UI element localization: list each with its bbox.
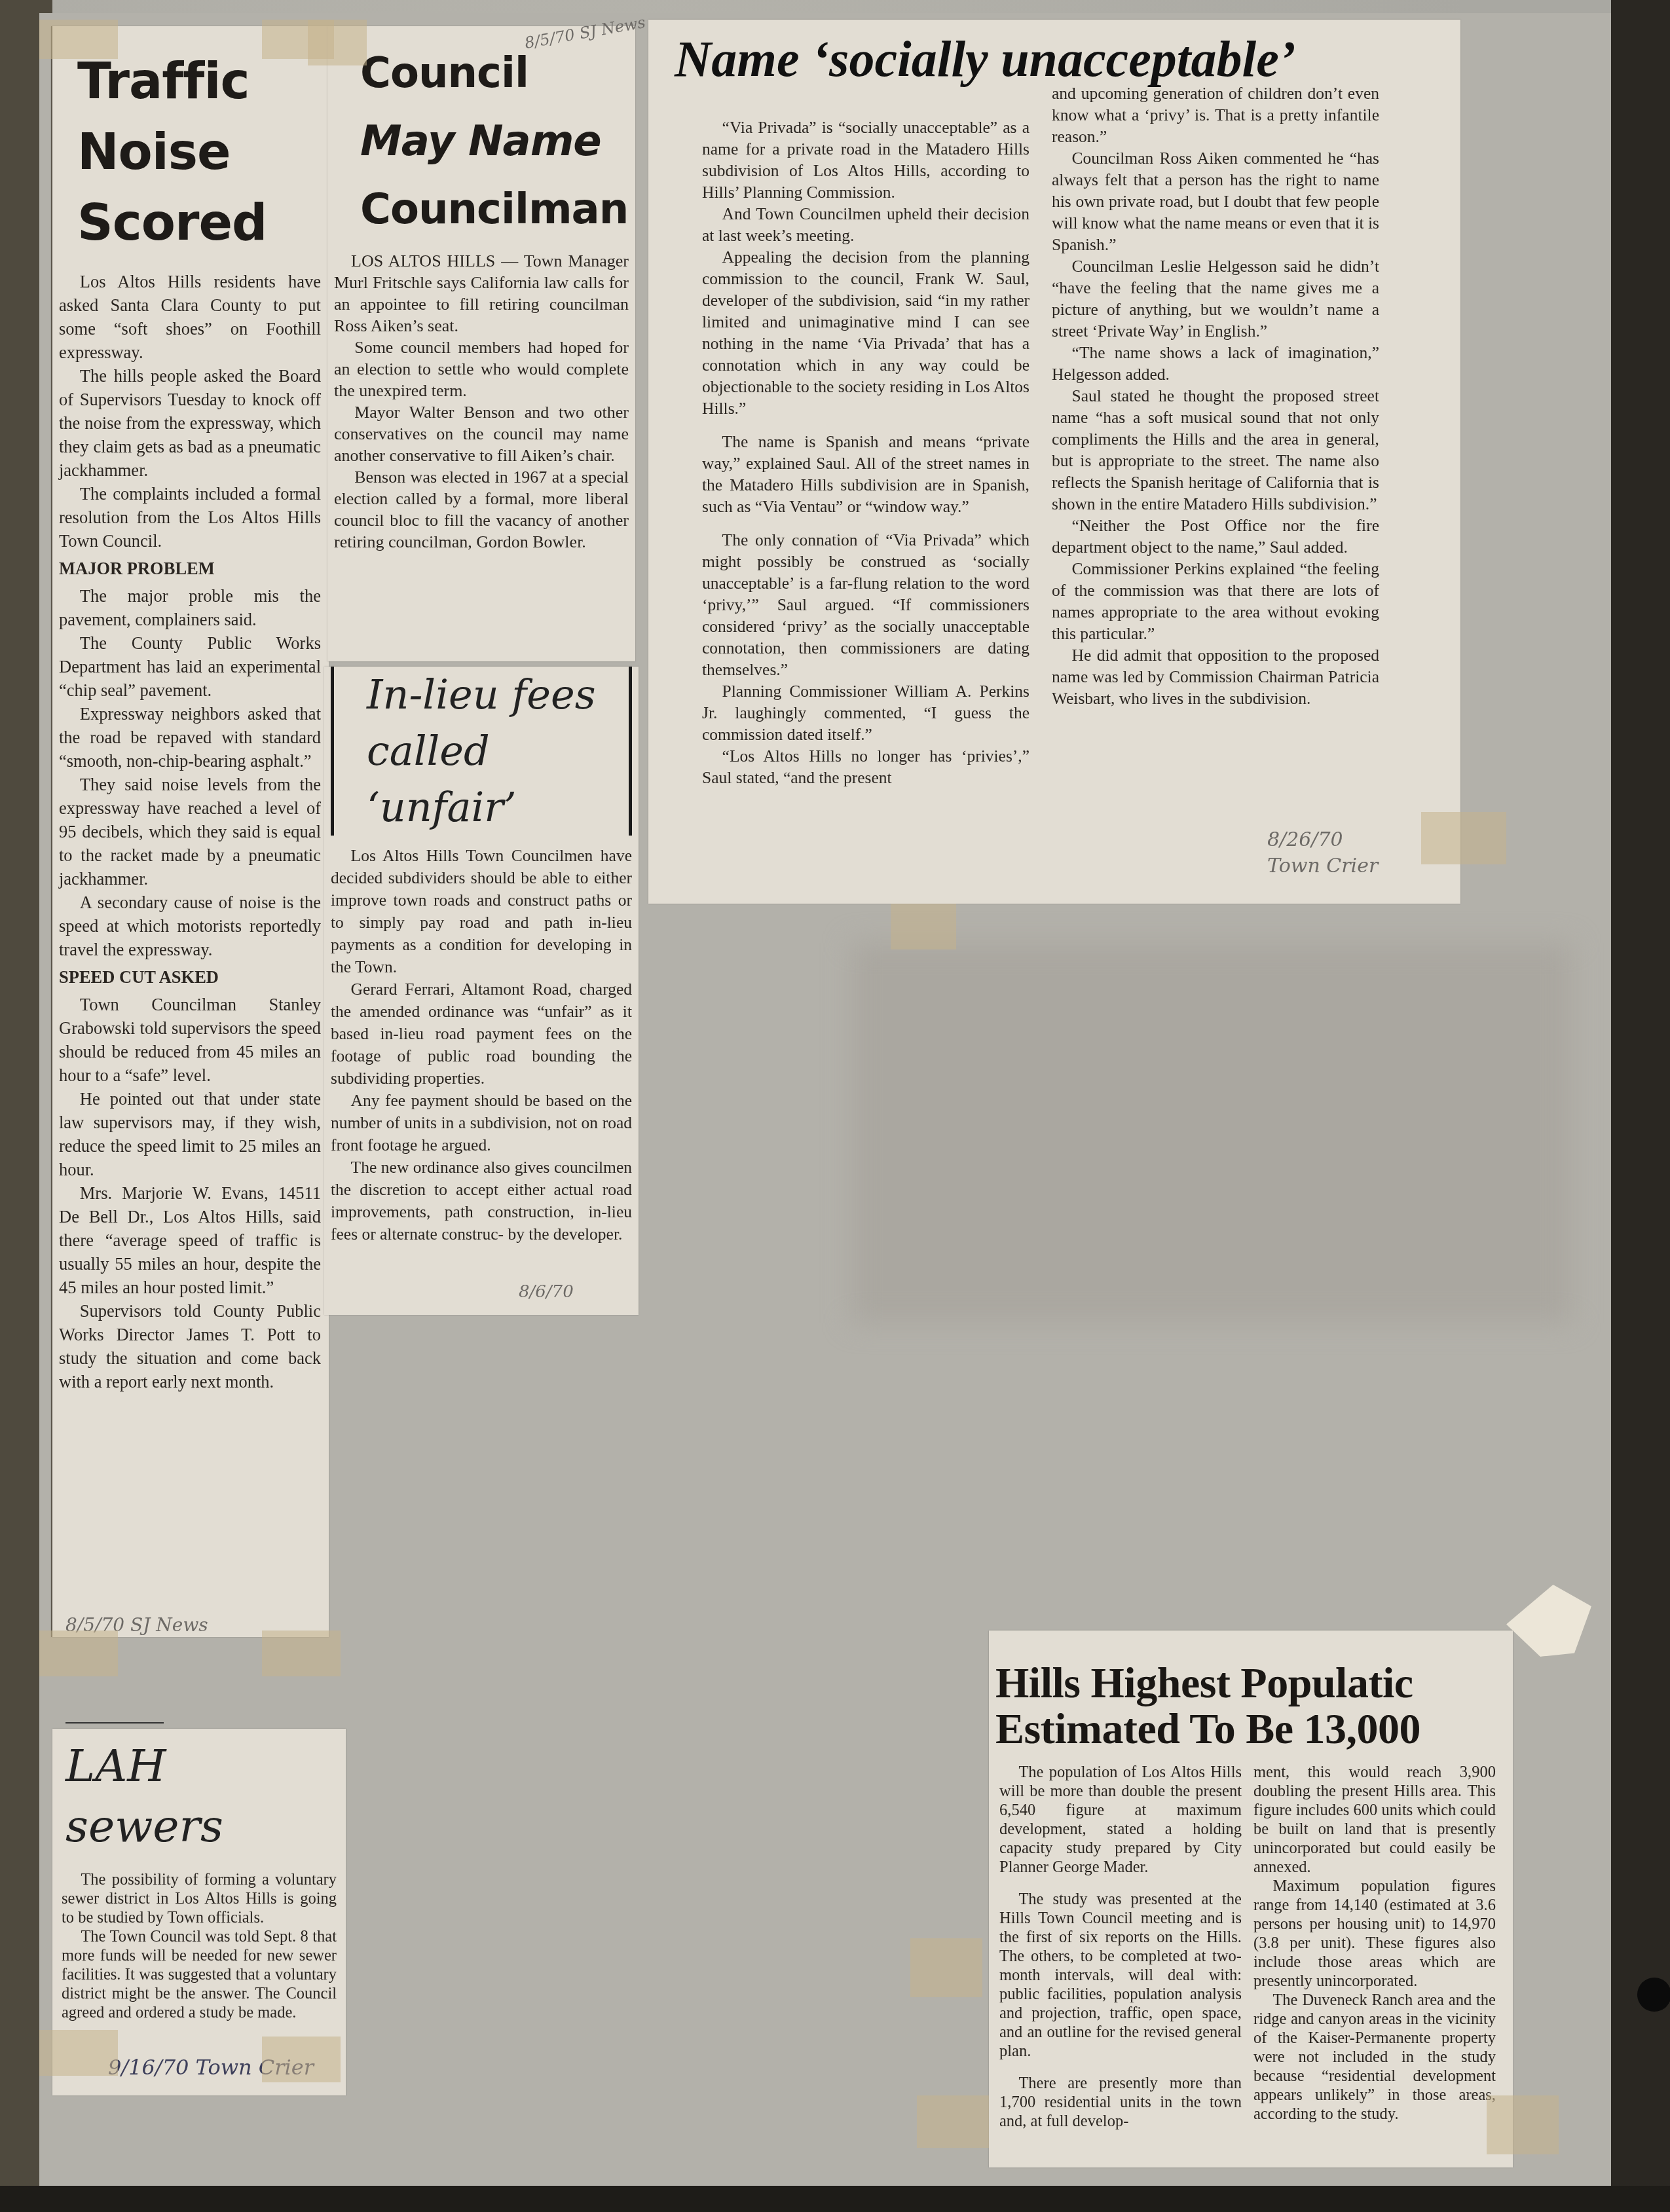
article-column-2: ment, this would reach 3,900 doubling th… <box>1253 1763 1496 2131</box>
paragraph: The study was presented at the Hills Tow… <box>999 1890 1242 2061</box>
paragraph: Planning Commissioner William A. Perkins… <box>702 680 1030 745</box>
paragraph: Mrs. Marjorie W. Evans, 14511 De Bell Dr… <box>59 1181 321 1299</box>
tape-strip <box>1421 812 1506 864</box>
tape-strip <box>262 1631 341 1676</box>
paragraph: The possibility of forming a voluntary s… <box>62 1870 337 1927</box>
paragraph: The complaints included a formal resolut… <box>59 482 321 553</box>
headline-line: May Name <box>360 107 629 175</box>
clipping-headline: Hills Highest Populatic Estimated To Be … <box>995 1661 1513 1752</box>
paragraph: Los Altos Hills Town Councilmen have dec… <box>331 845 632 978</box>
paragraph: Benson was elected in 1967 at a special … <box>334 466 629 553</box>
paragraph: Saul stated he thought the proposed stre… <box>1052 385 1379 515</box>
divider-rule <box>65 1722 164 1724</box>
page-bottom-edge <box>0 2186 1670 2212</box>
headline-line: Council <box>360 39 629 107</box>
tape-strip <box>910 1938 982 1997</box>
page-right-edge <box>1611 0 1670 2212</box>
tape-strip <box>891 904 956 949</box>
paragraph: The population of Los Altos Hills will b… <box>999 1763 1242 1877</box>
article-columns: The population of Los Altos Hills will b… <box>989 1763 1513 2131</box>
headline-line: Councilman <box>360 175 629 244</box>
clipping-in-lieu-fees: In-lieu fees called ‘unfair’ Los Altos H… <box>324 667 639 1315</box>
paragraph: He pointed out that under state law supe… <box>59 1087 321 1181</box>
paragraph: And Town Councilmen upheld their decisio… <box>702 203 1030 246</box>
paragraph: Los Altos Hills residents have asked San… <box>59 270 321 364</box>
clipping-headline: Traffic Noise Scored <box>77 46 321 258</box>
headline-line: Noise <box>77 117 321 187</box>
paragraph: Any fee payment should be based on the n… <box>331 1090 632 1156</box>
paragraph: Expressway neighbors asked that the road… <box>59 702 321 773</box>
paragraph: The County Public Works Department has l… <box>59 631 321 702</box>
clipping-council-may-name: Council May Name Councilman LOS ALTOS HI… <box>327 26 635 661</box>
article-column-2: and upcoming generation of children don’… <box>1052 83 1379 788</box>
paragraph: Councilman Leslie Helgesson said he didn… <box>1052 255 1379 342</box>
handwritten-source-note: Town Crier <box>1267 855 1378 877</box>
paragraph: Gerard Ferrari, Altamont Road, charged t… <box>331 978 632 1090</box>
subheading: SPEED CUT ASKED <box>59 965 321 989</box>
paragraph: “Via Privada” is “socially unacceptable”… <box>702 117 1030 203</box>
paragraph: “The name shows a lack of imagination,” … <box>1052 342 1379 385</box>
paragraph: LOS ALTOS HILLS — Town Manager Murl Frit… <box>334 250 629 337</box>
clipping-traffic-noise: Traffic Noise Scored Los Altos Hills res… <box>51 26 329 1637</box>
clipping-name-socially-unacceptable: Name ‘socially unacceptable’ “Via Privad… <box>648 20 1460 904</box>
subheading: MAJOR PROBLEM <box>59 557 321 580</box>
headline-line: Hills Highest Populatic <box>995 1661 1513 1706</box>
paragraph: They said noise levels from the expressw… <box>59 773 321 891</box>
clipping-hills-population: Hills Highest Populatic Estimated To Be … <box>989 1631 1513 2167</box>
paragraph: There are presently more than 1,700 resi… <box>999 2074 1242 2131</box>
binder-hole <box>1637 1978 1670 2012</box>
paragraph: The Town Council was told Sept. 8 that m… <box>62 1927 337 2022</box>
paragraph: The name is Spanish and means “private w… <box>702 431 1030 517</box>
headline-line: Scored <box>77 187 321 258</box>
paragraph: Appealing the decision from the planning… <box>702 246 1030 419</box>
paragraph: Commissioner Perkins explained “the feel… <box>1052 558 1379 644</box>
paragraph: ment, this would reach 3,900 doubling th… <box>1253 1763 1496 1877</box>
clipping-headline: LAH sewers <box>65 1737 337 1857</box>
paragraph: The hills people asked the Board of Supe… <box>59 364 321 482</box>
tape-strip <box>917 2095 989 2148</box>
article-column-1: The population of Los Altos Hills will b… <box>999 1763 1242 2131</box>
paragraph: Maximum population figures range from 14… <box>1253 1877 1496 1991</box>
tape-strip <box>262 2037 341 2082</box>
clipping-headline: In-lieu fees called ‘unfair’ <box>331 667 632 836</box>
headline-line: Estimated To Be 13,000 <box>995 1706 1513 1752</box>
paragraph: and upcoming generation of children don’… <box>1052 83 1379 147</box>
paragraph: The only connation of “Via Privada” whic… <box>702 529 1030 680</box>
paragraph: Mayor Walter Benson and two other conser… <box>334 401 629 466</box>
headline-line: called ‘unfair’ <box>367 723 629 836</box>
tape-strip <box>308 20 367 65</box>
blurred-region <box>851 943 1572 1323</box>
paragraph: The Duveneck Ranch area and the ridge an… <box>1253 1991 1496 2124</box>
paragraph: Councilman Ross Aiken commented he “has … <box>1052 147 1379 255</box>
tape-strip <box>1487 2095 1559 2154</box>
headline-line: In-lieu fees <box>367 667 629 723</box>
article-columns: “Via Privada” is “socially unacceptable”… <box>648 117 1460 788</box>
handwritten-date-note: 8/6/70 <box>519 1282 574 1302</box>
article-column-1: “Via Privada” is “socially unacceptable”… <box>702 117 1030 788</box>
paragraph: Town Councilman Stanley Grabowski told s… <box>59 993 321 1087</box>
clipping-headline: Council May Name Councilman <box>360 39 629 244</box>
paragraph: Supervisors told County Public Works Dir… <box>59 1299 321 1393</box>
tape-strip <box>39 2030 118 2076</box>
paragraph: Some council members had hoped for an el… <box>334 337 629 401</box>
tape-strip <box>39 1631 118 1676</box>
paragraph: A secondary cause of noise is the speed … <box>59 891 321 961</box>
paragraph: “Neither the Post Office nor the fire de… <box>1052 515 1379 558</box>
tape-strip <box>39 20 118 59</box>
paragraph: He did admit that opposition to the prop… <box>1052 644 1379 709</box>
paragraph: The new ordinance also gives councilmen … <box>331 1156 632 1245</box>
paragraph: The major proble mis the pavement, compl… <box>59 584 321 631</box>
handwritten-date-note: 8/26/70 <box>1267 828 1343 851</box>
paragraph: “Los Altos Hills no longer has ‘privies’… <box>702 745 1030 788</box>
